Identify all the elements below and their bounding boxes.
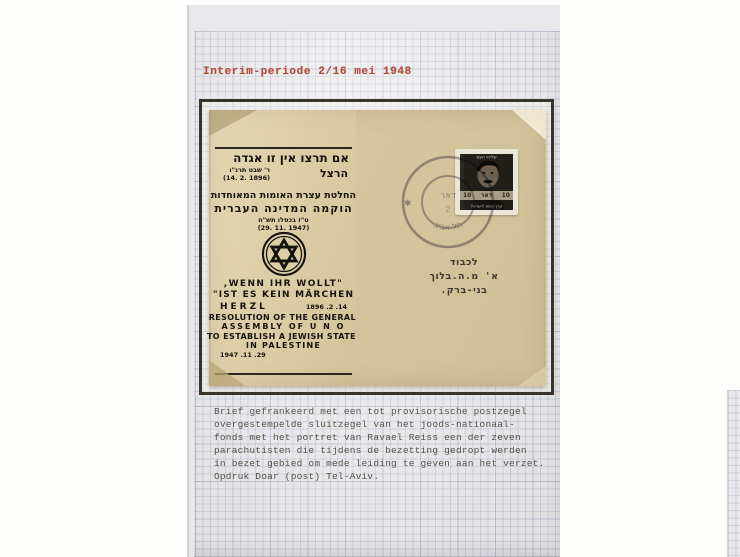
photo-corner-mount-top-right: [512, 110, 546, 140]
address-line-3: בני-ברק.: [408, 284, 520, 298]
period-note: Interim-periode 2/16 mei 1948: [203, 66, 412, 78]
label-motto-german-2: IST ES KEIN MÄRCHEN": [211, 290, 356, 300]
page-top-margin: [189, 5, 560, 31]
caption-line-6: Opdruk Doar (post) Tel-Aviv.: [214, 471, 570, 484]
label-motto-german-1: "WENN IHR WOLLT,: [211, 279, 356, 289]
corner-crease-top-left: [209, 110, 257, 136]
address-line-2: א' מ.ה.בלוך: [408, 270, 520, 284]
caption-line-5: in bezet gebied om mede leiding te geven…: [214, 458, 570, 471]
label-top-rule: [215, 147, 352, 149]
corner-fold-bottom-left: [209, 360, 245, 386]
label-herzl-date-gregorian: (14. 2. 1896): [223, 175, 270, 183]
postmark-city: תל אביב: [432, 220, 464, 233]
label-resolution-en-4: IN PALESTINE: [211, 341, 356, 350]
label-herzl-dates: ר' שבט תרנ"ו (14. 2. 1896): [223, 167, 270, 182]
star-of-david-emblem: [261, 231, 307, 281]
label-resolution-en-2: ASSEMBLY OF U N O: [211, 322, 356, 331]
label-resolution-hebrew-1: החלטת עצרת האומות המאוחדות: [211, 190, 356, 201]
label-herzl-en-row: 14. 2. 1896 HERZL: [211, 302, 356, 312]
label-motto-german-date: 14. 2. 1896: [306, 303, 347, 311]
label-motto-hebrew: אם תרצו אין זו אגדה: [211, 151, 356, 165]
envelope: אם תרצו אין זו אגדה הרצל ר' שבט תרנ"ו (1…: [209, 110, 546, 386]
label-herzl-hebrew: הרצל: [320, 167, 348, 180]
address-line-1: לכבוד: [408, 256, 520, 270]
stamp-value-right: 10: [502, 192, 510, 199]
postmark-star: ✱: [404, 198, 412, 208]
label-resolution-en-1: RESOLUTION OF THE GENERAL: [211, 313, 356, 322]
star-of-david-icon: [261, 231, 307, 277]
address-block: לכבוד א' מ.ה.בלוך בני-ברק.: [408, 256, 520, 298]
postmark: ✱ דאר 2 תל אביב: [398, 152, 498, 252]
label-resolution-en-3: TO ESTABLISH A JEWISH STATE: [211, 332, 356, 341]
album-page-photo: Interim-periode 2/16 mei 1948 אם תרצו אי…: [0, 0, 740, 557]
label-resolution-en-date: 29. 11. 1947: [211, 351, 356, 359]
postmark-inner-number: 2: [446, 205, 451, 214]
page-left-margin: [189, 5, 194, 557]
caption-line-3: fonds met het portret van Ravael Reiss e…: [214, 432, 570, 445]
adjacent-page-edge: [727, 390, 740, 557]
caption-line-1: Brief gefrankeerd met een tot provisoris…: [214, 406, 570, 419]
caption-line-2: overgestempelde sluitzegel van het joods…: [214, 419, 570, 432]
label-herzl-row: הרצל ר' שבט תרנ"ו (14. 2. 1896): [211, 167, 356, 182]
jnf-label: אם תרצו אין זו אגדה הרצל ר' שבט תרנ"ו (1…: [211, 110, 356, 386]
postmark-inner-text: דאר: [440, 191, 456, 201]
label-resolution-hebrew-2: הוקמה המדינה העברית: [211, 202, 356, 215]
corner-fold-bottom-right: [518, 366, 546, 386]
caption-block: Brief gefrankeerd met een tot provisoris…: [214, 406, 570, 483]
label-resolution-english: RESOLUTION OF THE GENERAL ASSEMBLY OF U …: [211, 313, 356, 351]
caption-line-4: parachutisten die tijdens de bezetting g…: [214, 445, 570, 458]
label-herzl-name: HERZL: [220, 302, 268, 312]
